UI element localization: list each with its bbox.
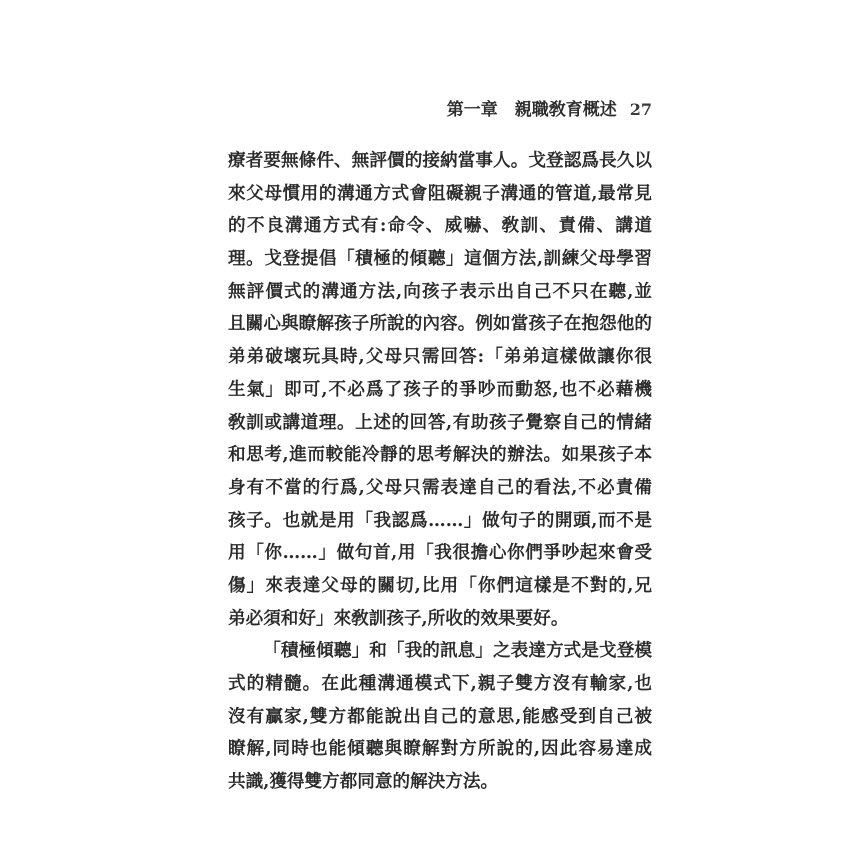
text-line: 理。戈登提倡「積極的傾聽」這個方法,訓練父母學習 [228,243,652,276]
text-line: 瞭解,同時也能傾聽與瞭解對方所說的,因此容易達成 [228,733,652,766]
text-line: 式的精髓。在此種溝通模式下,親子雙方沒有輸家,也 [228,668,652,701]
text-line: 生氣」即可,不必爲了孩子的爭吵而動怒,也不必藉機 [228,374,652,407]
page-header: 第一章親職敎育概述27 [447,97,652,123]
text-line: 共識,獲得雙方都同意的解決方法。 [228,766,652,799]
text-line: 用「你……」做句首,用「我很擔心你們爭吵起來會受 [228,537,652,570]
text-line: 且關心與瞭解孩子所說的內容。例如當孩子在抱怨他的 [228,308,652,341]
text-line: 療者要無條件、無評價的接納當事人。戈登認爲長久以 [228,145,652,178]
text-line: 傷」來表達父母的關切,比用「你們這樣是不對的,兄 [228,570,652,603]
text-line: 來父母慣用的溝通方式會阻礙親子溝通的管道,最常見 [228,178,652,211]
text-line: 「積極傾聽」和「我的訊息」之表達方式是戈登模 [228,635,652,668]
body-text: 療者要無條件、無評價的接納當事人。戈登認爲長久以 來父母慣用的溝通方式會阻礙親子… [228,145,652,799]
page-number: 27 [630,100,652,119]
text-line: 弟必須和好」來敎訓孩子,所收的效果要好。 [228,603,652,636]
chapter-title: 親職敎育概述 [515,100,617,120]
text-line: 身有不當的行爲,父母只需表達自己的看法,不必責備 [228,472,652,505]
text-line: 沒有贏家,雙方都能說出自己的意思,能感受到自己被 [228,701,652,734]
text-line: 敎訓或講道理。上述的回答,有助孩子覺察自己的情緒 [228,407,652,440]
book-page: 第一章親職敎育概述27 療者要無條件、無評價的接納當事人。戈登認爲長久以 來父母… [0,0,850,850]
text-line: 無評價式的溝通方法,向孩子表示出自己不只在聽,並 [228,276,652,309]
text-line: 和思考,進而較能冷靜的思考解決的辦法。如果孩子本 [228,439,652,472]
text-line: 弟弟破壞玩具時,父母只需回答:「弟弟這樣做讓你很 [228,341,652,374]
text-line: 孩子。也就是用「我認爲……」做句子的開頭,而不是 [228,505,652,538]
text-line: 的不良溝通方式有:命令、威嚇、敎訓、責備、講道 [228,210,652,243]
chapter-label: 第一章 [447,100,498,120]
